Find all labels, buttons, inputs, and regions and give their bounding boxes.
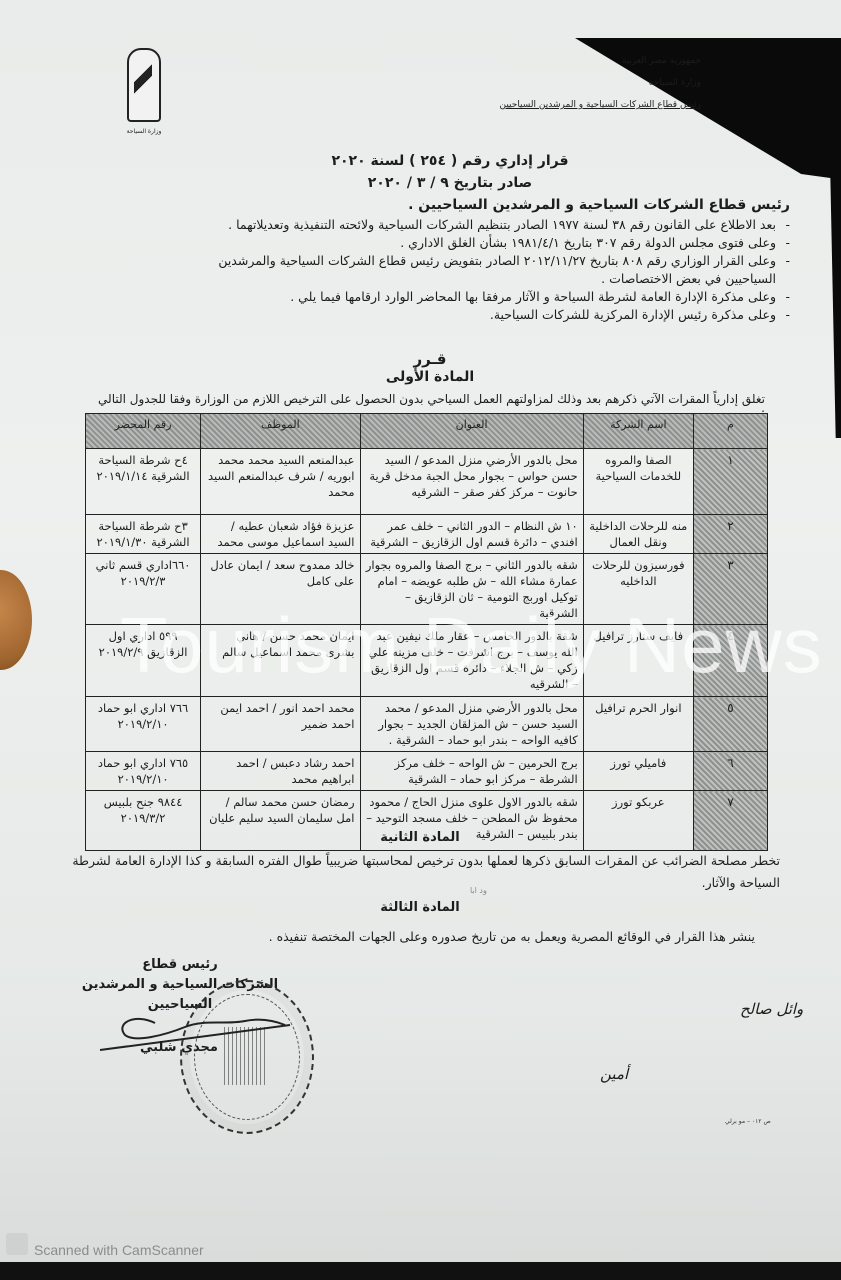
address: برج الحرمين – ش الواحه – خلف مركز الشرطة… xyxy=(360,752,583,791)
article-2-title: المادة الثانية xyxy=(320,830,520,845)
address: محل بالدور الأرضي منزل المدعو / محمد الس… xyxy=(360,697,583,752)
bottom-black-bar xyxy=(0,1262,841,1280)
company-name: فايف ستارز ترافيل xyxy=(583,625,693,697)
print-footnote: ص ٠١٢ – مو برلي xyxy=(725,1118,771,1125)
letterhead-line-2: وزارة السياحة xyxy=(499,72,701,94)
column-header-company: اسم الشركة xyxy=(583,414,693,449)
employees: عزيزة فؤاد شعبان عطيه / السيد اسماعيل مو… xyxy=(201,515,360,554)
company-name: انوار الحرم ترافيل xyxy=(583,697,693,752)
company-name: فورسيزون للرحلات الداخليه xyxy=(583,554,693,625)
article-3-title: المادة الثالثة xyxy=(320,900,520,915)
preamble-item: وعلى مذكرة الإدارة العامة لشرطة السياحة … xyxy=(200,288,776,306)
handwritten-note-2: أمين xyxy=(600,1065,628,1083)
company-name: الصفا والمروه للخدمات السياحية xyxy=(583,449,693,515)
letterhead-line-1: جمهورية مصر العربية xyxy=(499,50,701,72)
address: شقة بالدور الخامس – عقار ملك نيفين عبد ا… xyxy=(360,625,583,697)
row-number: ٧ xyxy=(693,791,767,851)
finger-thumb-edge xyxy=(0,570,32,670)
table-row: ٥ انوار الحرم ترافيل محل بالدور الأرضي م… xyxy=(86,697,768,752)
camscanner-label: Scanned with CamScanner xyxy=(34,1242,204,1258)
report-number: ٤ح شرطة السياحة الشرقية ٢٠١٩/١/١٤ xyxy=(86,449,201,515)
article-1-title: المادة الأولى xyxy=(80,368,780,386)
letterhead: جمهورية مصر العربية وزارة السياحة رئيس ق… xyxy=(499,50,701,116)
employees: عبدالمنعم السيد محمد محمد ابوريه / شرف ع… xyxy=(201,449,360,515)
report-number: ٩٨٤٤ جنح بلبيس ٢٠١٩/٣/٢ xyxy=(86,791,201,851)
row-number: ٢ xyxy=(693,515,767,554)
column-header-report: رقم المحضر xyxy=(86,414,201,449)
camscanner-logo-icon xyxy=(6,1233,28,1255)
address: محل بالدور الأرضي منزل المدعو / السيد حس… xyxy=(360,449,583,515)
decision-heading: قـرر المادة الأولى xyxy=(80,350,780,386)
signatory-name: مجدي شلبي xyxy=(140,1040,218,1055)
decided-heading: قـرر xyxy=(80,350,780,368)
decree-date: صادر بتاريخ ٩ / ٣ / ٢٠٢٠ xyxy=(300,172,600,194)
ministry-logo-icon xyxy=(127,48,161,122)
row-number: ٥ xyxy=(693,697,767,752)
company-name: عربكو تورز xyxy=(583,791,693,851)
row-number: ٤ xyxy=(693,625,767,697)
article-3-text: ينشر هذا القرار في الوقائع المصرية ويعمل… xyxy=(200,926,755,948)
column-header-number: م xyxy=(693,414,767,449)
preamble-item: بعد الاطلاع على القانون رقم ٣٨ لسنة ١٩٧٧… xyxy=(200,216,776,234)
preamble-item: وعلى القرار الوزاري رقم ٨٠٨ بتاريخ ٢٠١٢/… xyxy=(200,252,776,288)
decree-title-block: قرار إداري رقم ( ٢٥٤ ) لسنة ٢٠٢٠ صادر بت… xyxy=(300,150,600,194)
employees: ايمان محمد حسن / هاني بشرى محمد اسماعيل … xyxy=(201,625,360,697)
document-page: وزارة السياحة جمهورية مصر العربية وزارة … xyxy=(0,0,841,1262)
row-number: ١ xyxy=(693,449,767,515)
employees: خالد ممدوح سعد / ايمان عادل على كامل xyxy=(201,554,360,625)
address: شقه بالدور الثاني – برج الصفا والمروه بج… xyxy=(360,554,583,625)
employees: احمد رشاد دعبس / احمد ابراهيم محمد xyxy=(201,752,360,791)
column-header-address: العنوان xyxy=(360,414,583,449)
company-name: فاميلي تورز xyxy=(583,752,693,791)
closed-premises-table: م اسم الشركة العنوان الموظف رقم المحضر ١… xyxy=(85,413,768,851)
row-number: ٦ xyxy=(693,752,767,791)
preamble: رئيس قطاع الشركات السياحية و المرشدين ال… xyxy=(200,196,790,324)
preamble-item: وعلى فتوى مجلس الدولة رقم ٣٠٧ بتاريخ ١٩٨… xyxy=(200,234,776,252)
faint-handwriting: ود ابا xyxy=(470,886,487,895)
report-number: ٧٦٦ اداري ابو حماد ٢٠١٩/٢/١٠ xyxy=(86,697,201,752)
decree-title: قرار إداري رقم ( ٢٥٤ ) لسنة ٢٠٢٠ xyxy=(300,150,600,172)
preamble-lead: رئيس قطاع الشركات السياحية و المرشدين ال… xyxy=(200,196,790,214)
official-seal-icon xyxy=(180,980,314,1134)
row-number: ٣ xyxy=(693,554,767,625)
report-number: ٥٩٩ اداري اول الزقازيق ٢٠١٩/٢/٩ xyxy=(86,625,201,697)
letterhead-line-3: رئيس قطاع الشركات السياحية و المرشدين ال… xyxy=(499,94,701,116)
table-row: ٦ فاميلي تورز برج الحرمين – ش الواحه – خ… xyxy=(86,752,768,791)
report-number: ٦٦٠اداري قسم ثاني ٢٠١٩/٢/٣ xyxy=(86,554,201,625)
signatory-title-line-1: رئيس قطاع xyxy=(70,955,290,975)
table-row: ٣ فورسيزون للرحلات الداخليه شقه بالدور ا… xyxy=(86,554,768,625)
employees: محمد احمد انور / احمد ايمن احمد ضمير xyxy=(201,697,360,752)
column-header-employee: الموظف xyxy=(201,414,360,449)
logo-caption: وزارة السياحة xyxy=(124,128,164,135)
table-row: ٢ منه للرحلات الداخلية ونقل العمال ١٠ ش … xyxy=(86,515,768,554)
table-row: ١ الصفا والمروه للخدمات السياحية محل بال… xyxy=(86,449,768,515)
table-row: ٤ فايف ستارز ترافيل شقة بالدور الخامس – … xyxy=(86,625,768,697)
table-header-row: م اسم الشركة العنوان الموظف رقم المحضر xyxy=(86,414,768,449)
report-number: ٣ح شرطة السياحة الشرقية ٢٠١٩/١/٣٠ xyxy=(86,515,201,554)
address: ١٠ ش النظام – الدور الثاني – خلف عمر افن… xyxy=(360,515,583,554)
preamble-item: وعلى مذكرة رئيس الإدارة المركزية للشركات… xyxy=(200,306,776,324)
article-2-text: تخطر مصلحة الضرائب عن المقرات السابق ذكر… xyxy=(68,850,780,894)
company-name: منه للرحلات الداخلية ونقل العمال xyxy=(583,515,693,554)
handwritten-note-1: وائل صالح xyxy=(740,1000,803,1018)
report-number: ٧٦٥ اداري ابو حماد ٢٠١٩/٢/١٠ xyxy=(86,752,201,791)
